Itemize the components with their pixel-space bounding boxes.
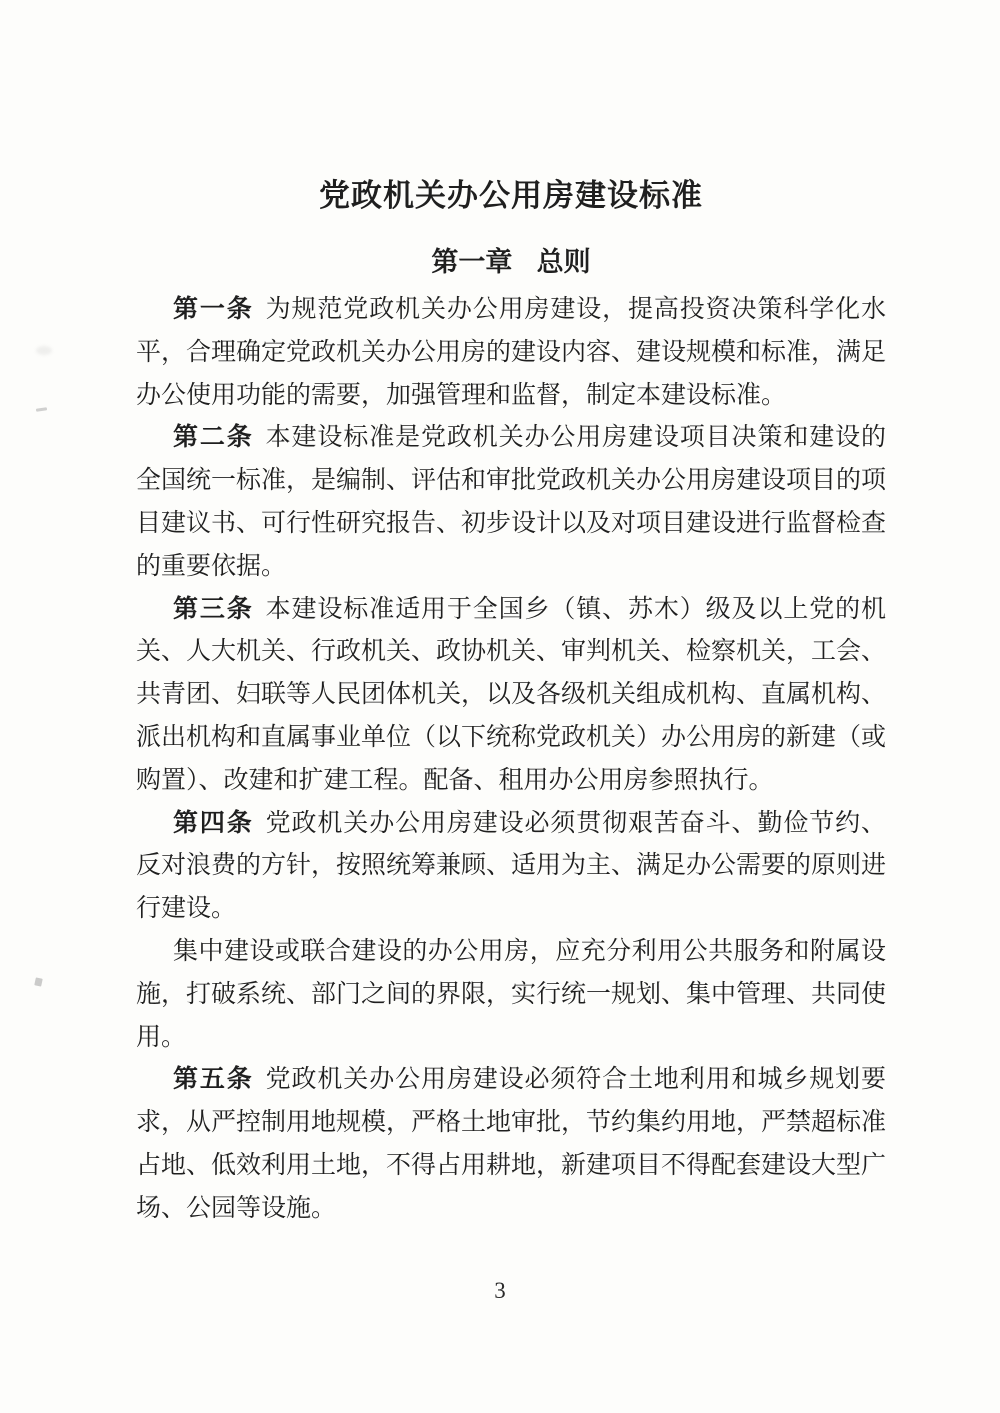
article-text: 本建设标准适用于全国乡（镇、苏木）级及以上党的机关、人大机关、行政机关、政协机关… bbox=[136, 596, 886, 794]
scan-artifact-smudge bbox=[36, 346, 52, 355]
continuation-paragraph: 集中建设或联合建设的办公用房，应充分利用公共服务和附属设施，打破系统、部门之间的… bbox=[136, 931, 886, 1059]
chapter-number: 第一章 bbox=[431, 247, 512, 277]
article-number: 第一条 bbox=[173, 296, 254, 323]
page-number: 3 bbox=[0, 1278, 1000, 1304]
document-body: 第一条为规范党政机关办公用房建设，提高投资决策科学化水平，合理确定党政机关办公用… bbox=[136, 289, 886, 1231]
article-paragraph: 第二条本建设标准是党政机关办公用房建设项目决策和建设的全国统一标准，是编制、评估… bbox=[136, 417, 886, 588]
scan-artifact-dash bbox=[36, 407, 47, 412]
scan-artifact-speck bbox=[34, 977, 43, 986]
article-paragraph: 第三条本建设标准适用于全国乡（镇、苏木）级及以上党的机关、人大机关、行政机关、政… bbox=[136, 589, 886, 803]
article-number: 第二条 bbox=[173, 424, 254, 451]
article-paragraph: 第一条为规范党政机关办公用房建设，提高投资决策科学化水平，合理确定党政机关办公用… bbox=[136, 289, 886, 417]
chapter-name: 总则 bbox=[537, 247, 591, 277]
article-paragraph: 第五条党政机关办公用房建设必须符合土地利用和城乡规划要求，从严控制用地规模，严格… bbox=[136, 1059, 886, 1230]
article-paragraph: 第四条党政机关办公用房建设必须贯彻艰苦奋斗、勤俭节约、反对浪费的方针，按照统筹兼… bbox=[136, 803, 886, 931]
article-number: 第五条 bbox=[173, 1066, 254, 1093]
article-number: 第三条 bbox=[173, 596, 254, 623]
article-number: 第四条 bbox=[173, 810, 254, 837]
document-title: 党政机关办公用房建设标准 bbox=[136, 176, 886, 216]
document-page: 党政机关办公用房建设标准 第一章总则 第一条为规范党政机关办公用房建设，提高投资… bbox=[0, 0, 1000, 1413]
chapter-heading: 第一章总则 bbox=[136, 245, 886, 279]
article-text: 集中建设或联合建设的办公用房，应充分利用公共服务和附属设施，打破系统、部门之间的… bbox=[136, 938, 886, 1051]
